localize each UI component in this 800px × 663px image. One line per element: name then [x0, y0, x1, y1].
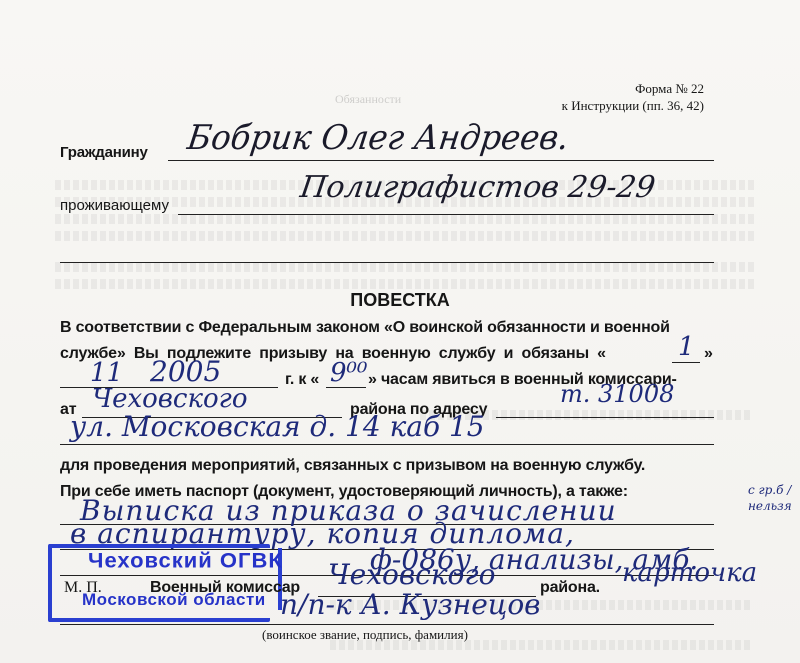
citizen-label: Гражданину: [60, 144, 148, 161]
day-handwritten: 1: [678, 332, 695, 362]
commissar-label: Военный комиссар: [150, 579, 300, 597]
purpose-text: для проведения мероприятий, связанных с …: [60, 457, 645, 475]
bleed-through-line: [55, 279, 755, 289]
citizen-line: [168, 160, 714, 161]
signature-caption: (воинское звание, подпись, фамилия): [262, 627, 468, 643]
stamp-text-line-1: Чеховский ОГВК: [88, 549, 283, 574]
day-close-quote: »: [704, 345, 713, 363]
side-note-handwritten: с гр.б / нельзя: [748, 482, 798, 514]
card-note-handwritten: карточка: [622, 558, 757, 588]
phone-handwritten: т. 31008: [560, 380, 674, 408]
document-title: ПОВЕСТКА: [0, 290, 800, 311]
residence-handwritten: Полиграфистов 29-29: [298, 170, 657, 205]
residence-label: проживающему: [60, 197, 169, 214]
district-suffix: района.: [540, 579, 600, 597]
summons-document: Обязанности Форма № 22 к Инструкции (пп.…: [0, 0, 800, 663]
bleed-through-line: [55, 214, 755, 224]
address-handwritten: ул. Московская д. 14 каб 15: [70, 410, 485, 443]
commissar-district-handwritten: Чеховского: [328, 558, 495, 591]
address-line-2: [60, 444, 714, 445]
body-line-1: В соответствии с Федеральным законом «О …: [60, 319, 670, 337]
separator-line: [60, 262, 714, 263]
bleed-through-heading: Обязанности: [335, 92, 401, 107]
year-suffix: г. к «: [285, 371, 319, 389]
residence-line: [178, 214, 714, 215]
form-number: Форма № 22: [635, 81, 704, 97]
bleed-through-line: [55, 231, 755, 241]
bleed-through-line: [55, 262, 755, 272]
day-line: [672, 362, 700, 363]
signature-handwritten: п/п-к А. Кузнецов: [280, 588, 540, 621]
citizen-name-handwritten: Бобрик Олег Андреев.: [185, 118, 571, 158]
address-line-1: [496, 417, 714, 418]
instruction-reference: к Инструкции (пп. 36, 42): [562, 98, 704, 114]
stamp-place-label: М. П.: [64, 579, 102, 597]
hour-handwritten: 9⁰⁰: [330, 358, 367, 388]
signature-line: [60, 624, 714, 625]
